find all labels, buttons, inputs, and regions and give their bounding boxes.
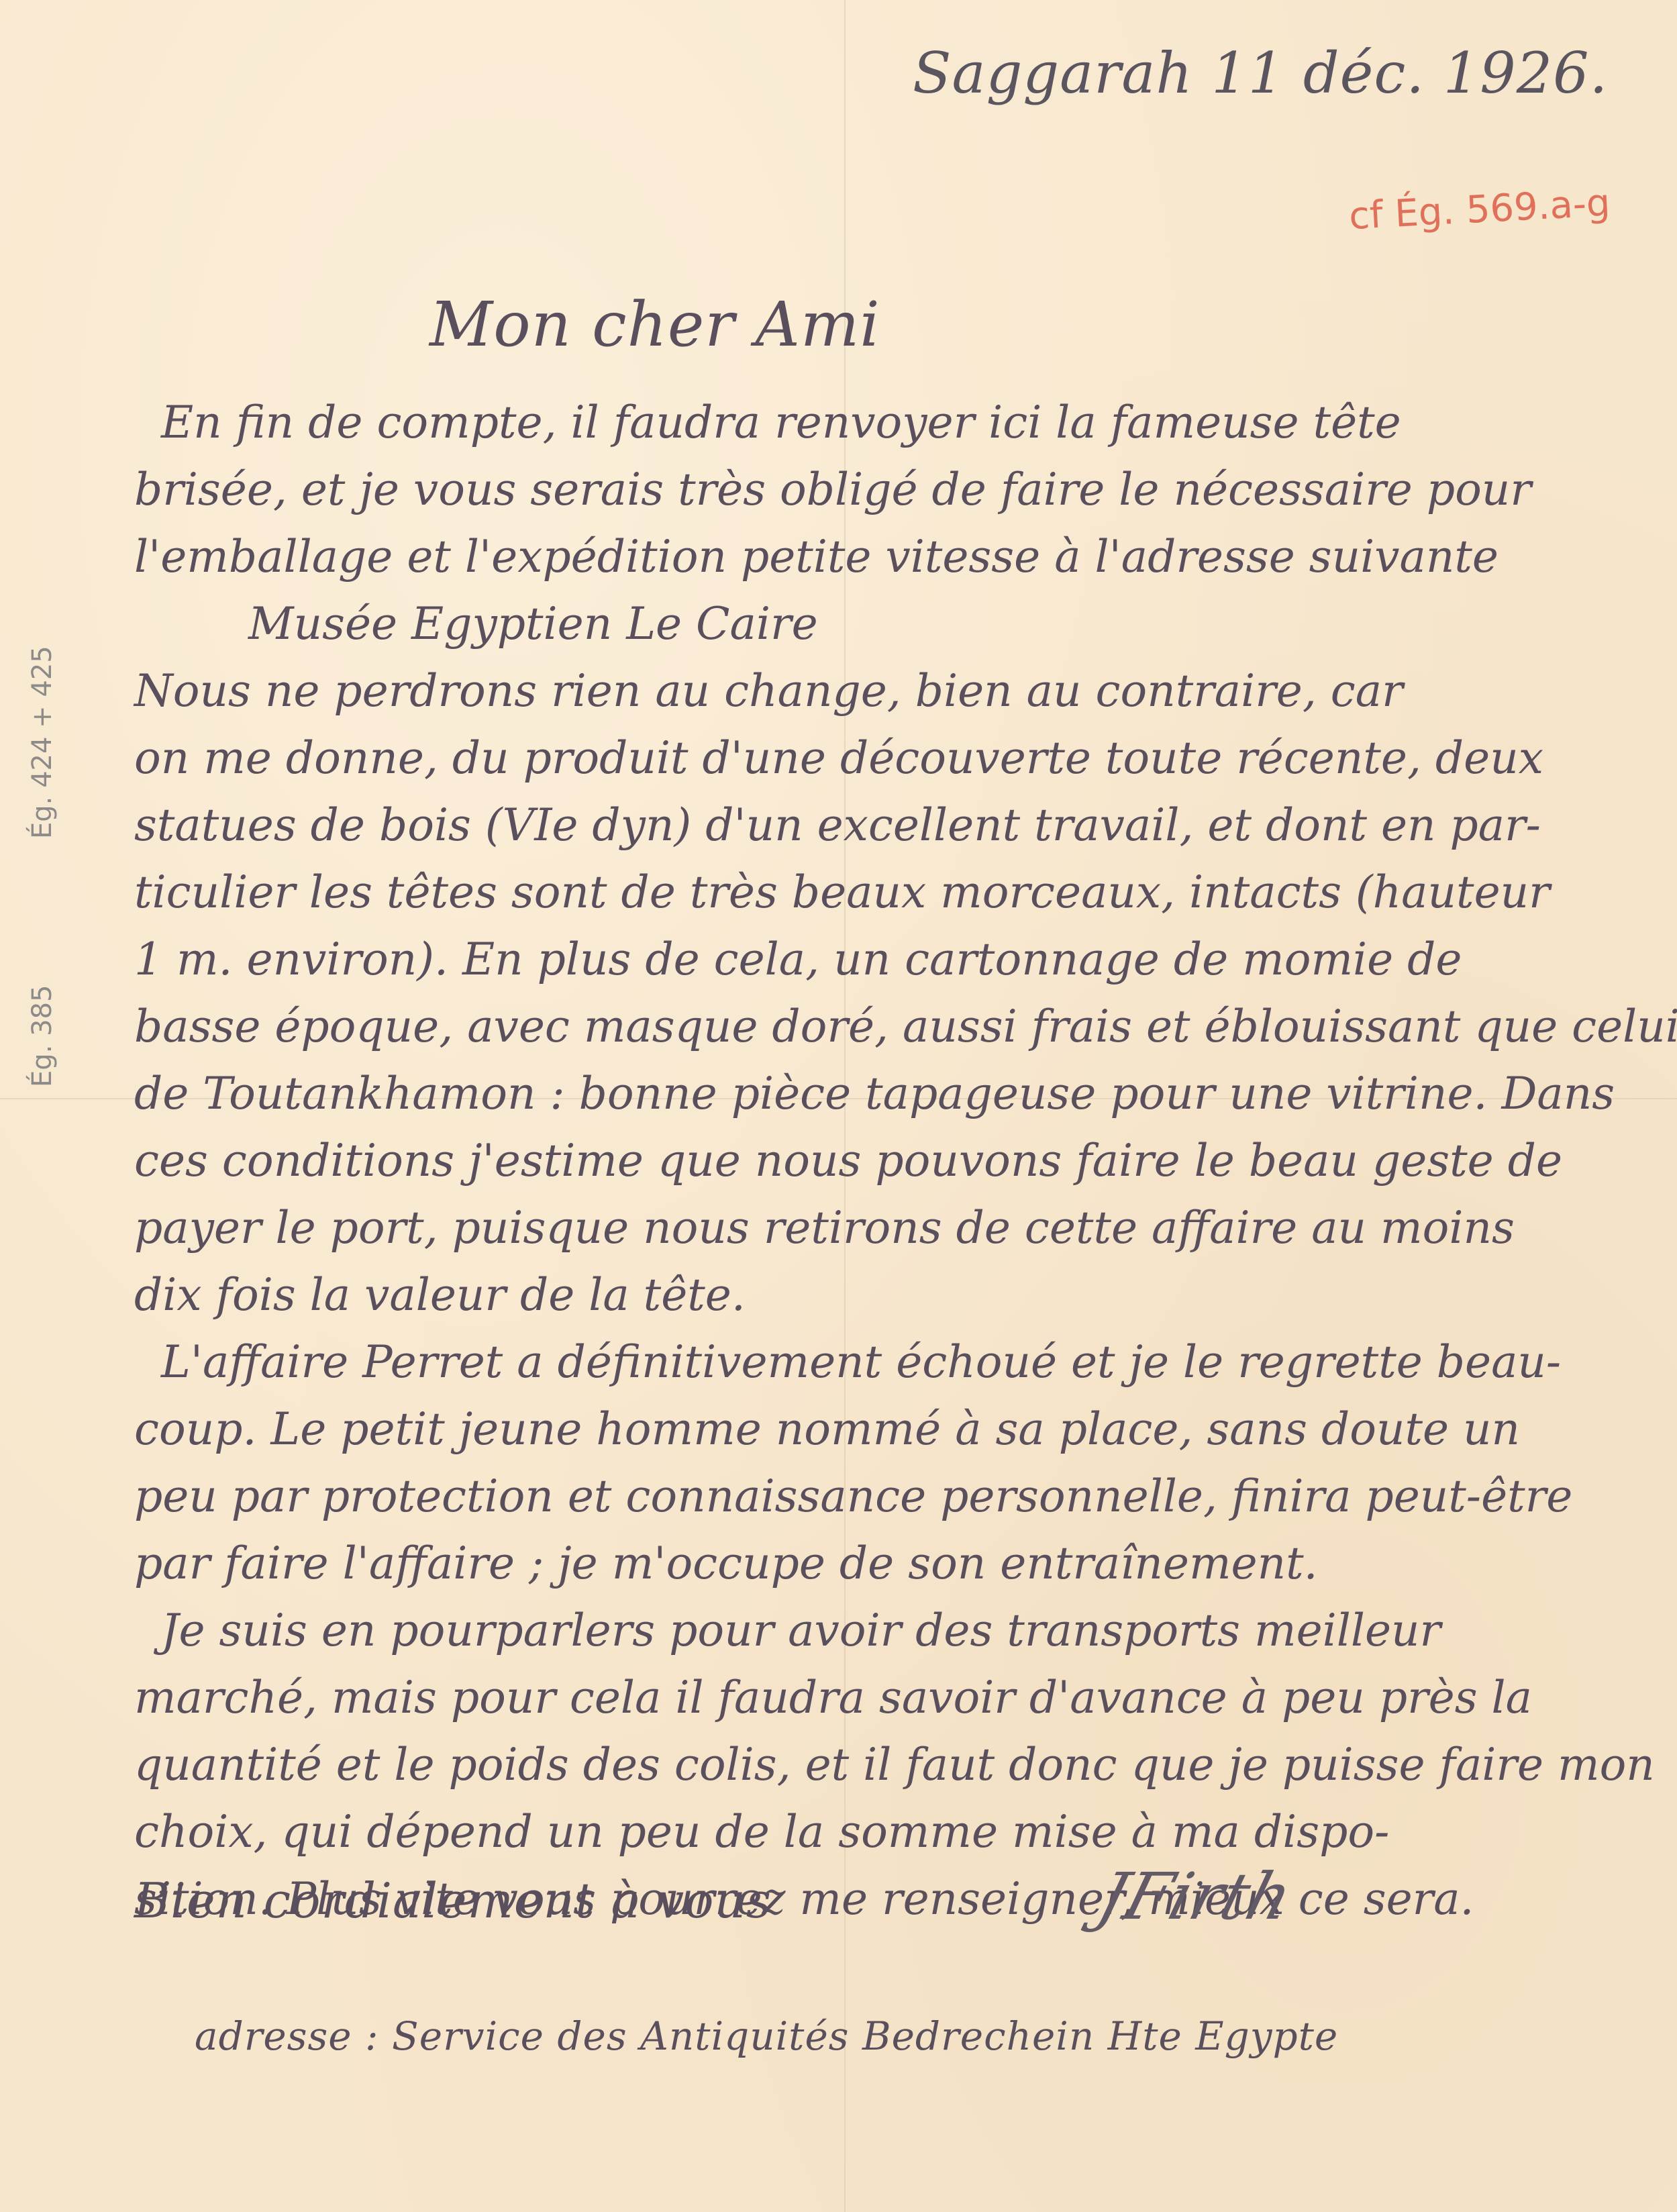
body-line: Nous ne perdrons rien au change, bien au… — [134, 658, 1611, 725]
body-line: de Toutankhamon : bonne pièce tapageuse … — [134, 1060, 1611, 1127]
margin-note: Ég. 385 — [27, 985, 58, 1087]
margin-note: Ég. 424 + 425 — [27, 646, 58, 839]
body-line: ticulier les têtes sont de très beaux mo… — [134, 859, 1611, 926]
body-line: basse époque, avec masque doré, aussi fr… — [134, 993, 1611, 1060]
body-line: l'emballage et l'expédition petite vites… — [134, 523, 1611, 591]
body-line: on me donne, du produit d'une découverte… — [134, 725, 1611, 792]
body-line: 1 m. environ). En plus de cela, un carto… — [134, 926, 1611, 993]
signature: JFirth — [1090, 1859, 1300, 1934]
body-line: En fin de compte, il faudra renvoyer ici… — [134, 389, 1611, 456]
return-address: adresse : Service des Antiquités Bedrech… — [195, 2013, 1338, 2059]
body-line: marché, mais pour cela il faudra savoir … — [134, 1664, 1611, 1731]
body-line: L'affaire Perret a définitivement échoué… — [134, 1329, 1611, 1396]
closing: Bien cordialement à vous — [134, 1872, 772, 1929]
body-line: Musée Egyptien Le Caire — [134, 591, 1611, 658]
letter-body: En fin de compte, il faudra renvoyer ici… — [134, 389, 1611, 1933]
salutation: Mon cher Ami — [429, 289, 880, 360]
body-line: Je suis en pourparlers pour avoir des tr… — [134, 1597, 1611, 1664]
body-line: choix, qui dépend un peu de la somme mis… — [134, 1799, 1611, 1866]
body-line: dix fois la valeur de la tête. — [134, 1262, 1611, 1329]
body-line: statues de bois (VIe dyn) d'un excellent… — [134, 792, 1611, 859]
place-date: Saggarah 11 déc. 1926. — [913, 40, 1608, 106]
body-line: quantité et le poids des colis, et il fa… — [134, 1731, 1611, 1799]
body-line: coup. Le petit jeune homme nommé à sa pl… — [134, 1396, 1611, 1463]
archive-reference: cf Ég. 569.a-g — [1348, 181, 1611, 238]
body-line: ces conditions j'estime que nous pouvons… — [134, 1127, 1611, 1195]
body-line: par faire l'affaire ; je m'occupe de son… — [134, 1530, 1611, 1597]
body-line: peu par protection et connaissance perso… — [134, 1463, 1611, 1530]
body-line: payer le port, puisque nous retirons de … — [134, 1195, 1611, 1262]
letter-page: Saggarah 11 déc. 1926. cf Ég. 569.a-g Ég… — [0, 0, 1677, 2212]
body-line: brisée, et je vous serais très obligé de… — [134, 456, 1611, 523]
